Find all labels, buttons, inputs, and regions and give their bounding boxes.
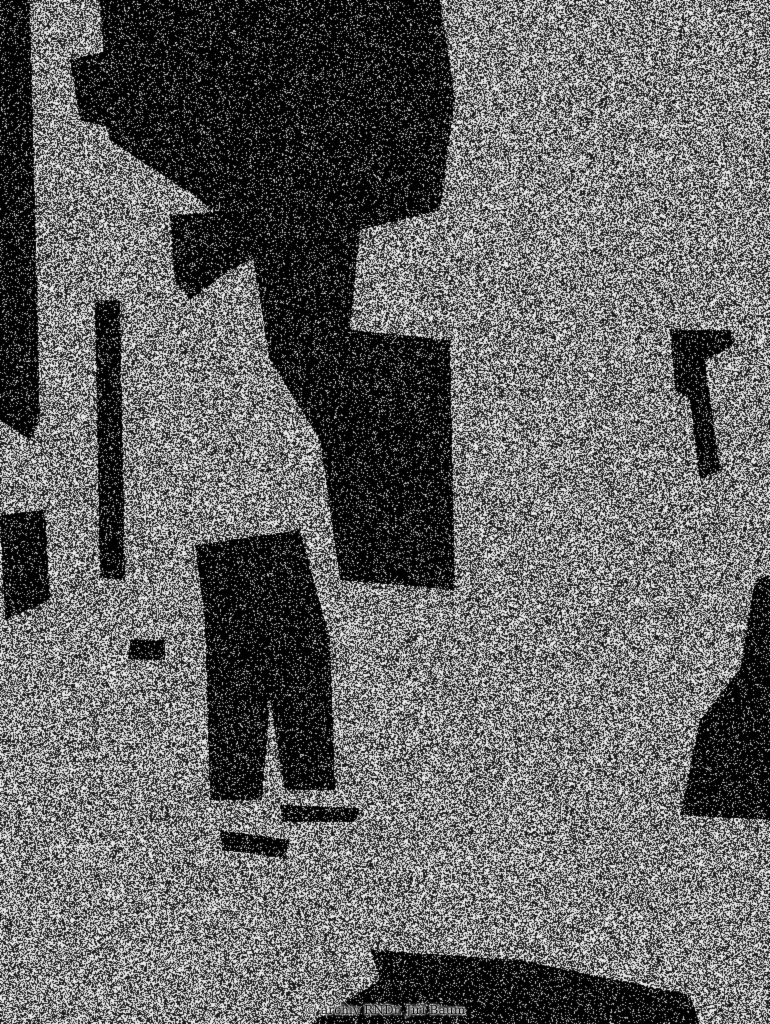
photo-credit-caption: © archiv RNDr. Jiří Baum <box>0 1003 770 1017</box>
archival-photo <box>0 0 770 1024</box>
